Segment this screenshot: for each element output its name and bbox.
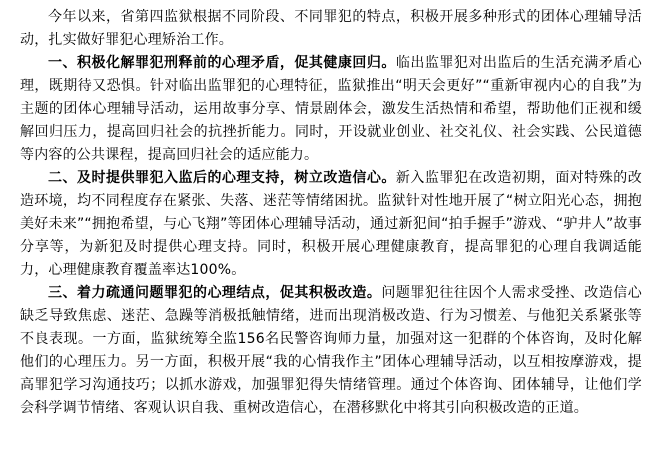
intro-text: 今年以来，省第四监狱根据不同阶段、不同罪犯的特点，积极开展多种形式的团体心理辅导… xyxy=(20,9,642,48)
section-heading-3: 三、着力疏通问题罪犯的心理结点，促其积极改造。 xyxy=(48,285,381,301)
intro-paragraph: 今年以来，省第四监狱根据不同阶段、不同罪犯的特点，积极开展多种形式的团体心理辅导… xyxy=(20,6,642,52)
section-paragraph-1: 一、积极化解罪犯刑释前的心理矛盾，促其健康回归。临出监罪犯对出监后的生活充满矛盾… xyxy=(20,52,642,167)
article-body: 今年以来，省第四监狱根据不同阶段、不同罪犯的特点，积极开展多种形式的团体心理辅导… xyxy=(20,6,642,420)
section-body-2: 新入监罪犯在改造初期，面对特殊的改造环境，均不同程度存在紧张、失落、迷茫等情绪困… xyxy=(20,170,642,278)
section-paragraph-3: 三、着力疏通问题罪犯的心理结点，促其积极改造。问题罪犯往往因个人需求受挫、改造信… xyxy=(20,282,642,420)
section-heading-2: 二、及时提供罪犯入监后的心理支持，树立改造信心。 xyxy=(48,170,396,186)
section-paragraph-2: 二、及时提供罪犯入监后的心理支持，树立改造信心。新入监罪犯在改造初期，面对特殊的… xyxy=(20,167,642,282)
section-body-3: 问题罪犯往往因个人需求受挫、改造信心缺乏导致焦虑、迷茫、急躁等消极抵触情绪，进而… xyxy=(20,285,642,416)
section-body-1: 临出监罪犯对出监后的生活充满矛盾心理，既期待又恐惧。针对临出监罪犯的心理特征，监… xyxy=(20,55,642,163)
section-heading-1: 一、积极化解罪犯刑释前的心理矛盾，促其健康回归。 xyxy=(48,55,396,71)
